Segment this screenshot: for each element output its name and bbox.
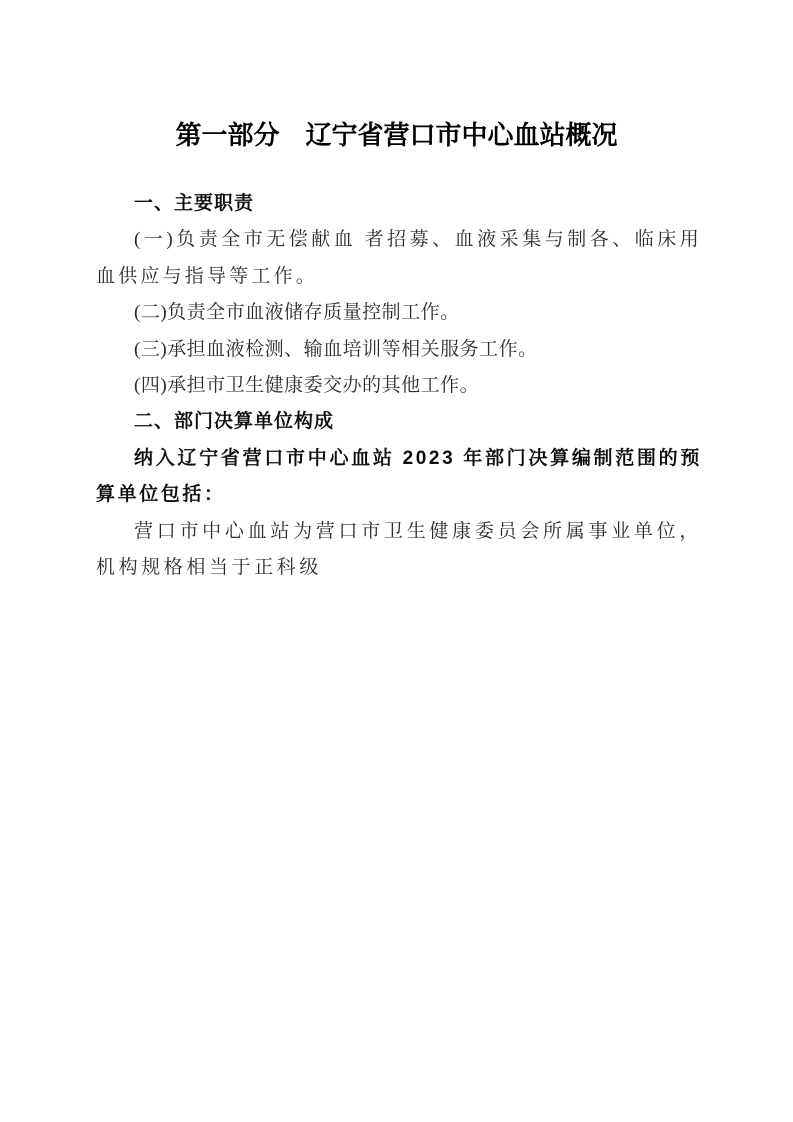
- section-2-body-paragraph: 营口市中心血站为营口市卫生健康委员会所属事业单位，机构规格相当于正科级: [96, 514, 702, 587]
- document-page: 第一部分 辽宁省营口市中心血站概况 一、主要职责 (一)负责全市无偿献血 者招募…: [0, 0, 793, 1122]
- document-title: 第一部分 辽宁省营口市中心血站概况: [0, 120, 793, 152]
- section-2-lead-paragraph: 纳入辽宁省营口市中心血站 2023 年部门决算编制范围的预算单位包括：: [96, 441, 702, 514]
- section-1-item-1: (一)负责全市无偿献血 者招募、血液采集与制各、临床用血供应与指导等工作。: [96, 222, 702, 295]
- section-1-item-2: (二)负责全市血液储存质量控制工作。: [96, 295, 702, 331]
- section-1-heading: 一、主要职责: [96, 186, 702, 222]
- section-2-heading: 二、部门决算单位构成: [96, 404, 702, 440]
- document-body: 一、主要职责 (一)负责全市无偿献血 者招募、血液采集与制各、临床用血供应与指导…: [96, 186, 702, 586]
- section-1-item-4: (四)承担市卫生健康委交办的其他工作。: [96, 368, 702, 404]
- section-1-item-3: (三)承担血液检测、输血培训等相关服务工作。: [96, 332, 702, 368]
